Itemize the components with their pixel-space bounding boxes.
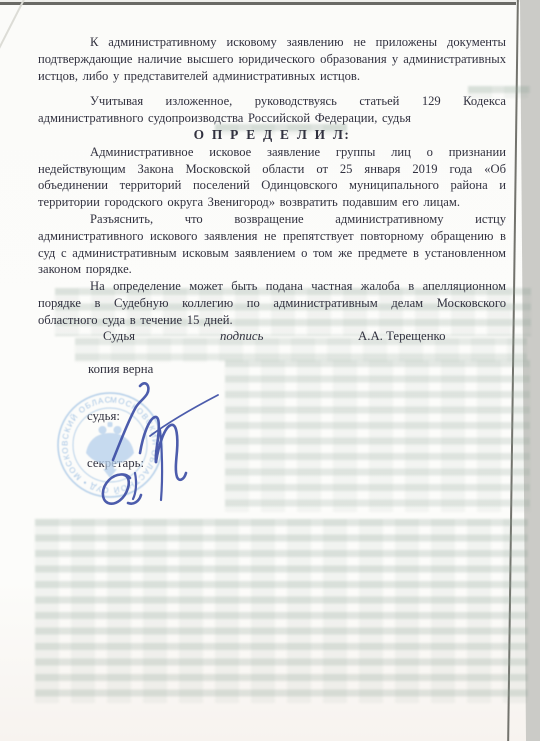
role-label: Судья xyxy=(103,329,135,344)
secretary-signature xyxy=(103,473,141,504)
bleedthrough-block xyxy=(35,519,528,703)
scan-background-strip xyxy=(514,0,540,741)
scan-edge-top xyxy=(0,2,516,5)
scan-edge-right xyxy=(507,0,519,741)
signature-row: Судья подпись А.А. Терещенко xyxy=(0,329,540,347)
document-body: К административному исковому заявлению н… xyxy=(38,34,506,329)
signatures-ink xyxy=(80,375,230,525)
paragraph: Учитывая изложенное, руководствуясь стат… xyxy=(38,93,506,127)
ruling-paragraph: Разъяснить, что возвращение администрати… xyxy=(38,211,506,278)
scanned-page: К административному исковому заявлению н… xyxy=(0,0,540,741)
page-crease xyxy=(0,0,26,53)
ruling-heading: О П Р Е Д Е Л И Л: xyxy=(38,127,506,144)
judge-name: А.А. Терещенко xyxy=(358,329,446,344)
handwritten-note-label: подпись xyxy=(220,329,263,344)
ruling-paragraph: На определение может быть подана частная… xyxy=(38,278,506,328)
paragraph: К административному исковому заявлению н… xyxy=(38,34,506,84)
bleedthrough-block xyxy=(225,360,530,512)
ruling-paragraph: Административное исковое заявление групп… xyxy=(38,144,506,211)
